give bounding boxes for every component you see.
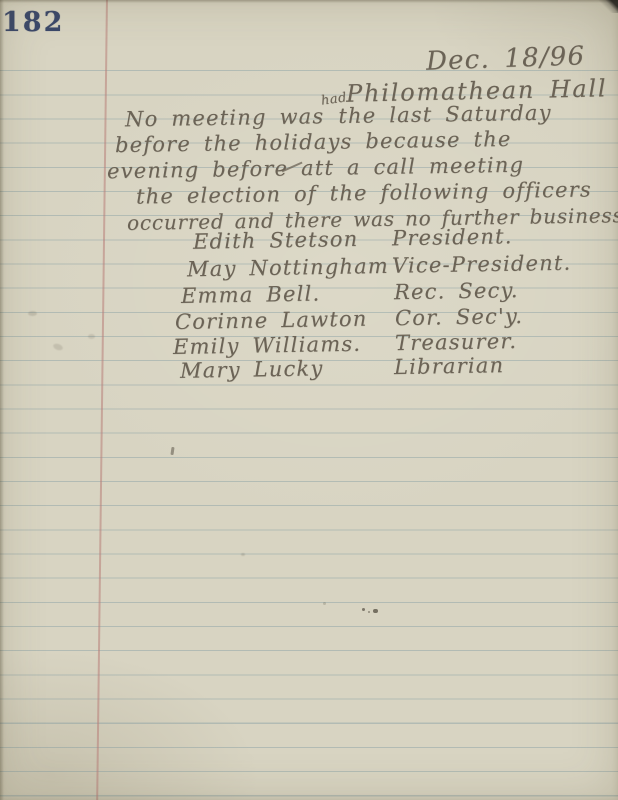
page-left-edge-shadow	[0, 0, 4, 800]
officer-title: Cor. Sec'y.	[395, 304, 523, 330]
corner-shadow	[598, 0, 618, 13]
page-number-stamp: 182	[2, 7, 64, 38]
officer-name: Mary Lucky	[180, 355, 394, 383]
officer-title: Librarian	[394, 353, 505, 379]
officer-name: May Nottingham	[187, 254, 392, 282]
officer-title: Vice-President.	[392, 251, 572, 278]
minutes-line-1-pre: No meeting was	[125, 104, 325, 131]
pencil-smudge	[241, 553, 245, 556]
ink-speck	[323, 602, 326, 605]
officer-title: Rec. Secy.	[394, 278, 519, 304]
pencil-smudge	[88, 334, 95, 339]
officer-name: Emma Bell.	[181, 280, 394, 308]
officer-title: Treasurer.	[395, 329, 518, 355]
ink-speck	[368, 611, 370, 613]
ink-speck	[362, 608, 365, 611]
ink-speck	[373, 609, 378, 613]
pencil-smudge	[28, 311, 37, 316]
entry-date: Dec. 18/96	[426, 41, 586, 77]
officer-name: Corinne Lawton	[175, 306, 395, 334]
page-top-edge-shadow	[0, 0, 618, 3]
officer-name: Edith Stetson	[193, 226, 392, 253]
officer-title: President.	[392, 224, 513, 250]
minutes-line-1-post: the last Saturday	[338, 101, 552, 128]
ledger-page: 182 Dec. 18/96 Philomathean Hall No meet…	[0, 0, 618, 800]
